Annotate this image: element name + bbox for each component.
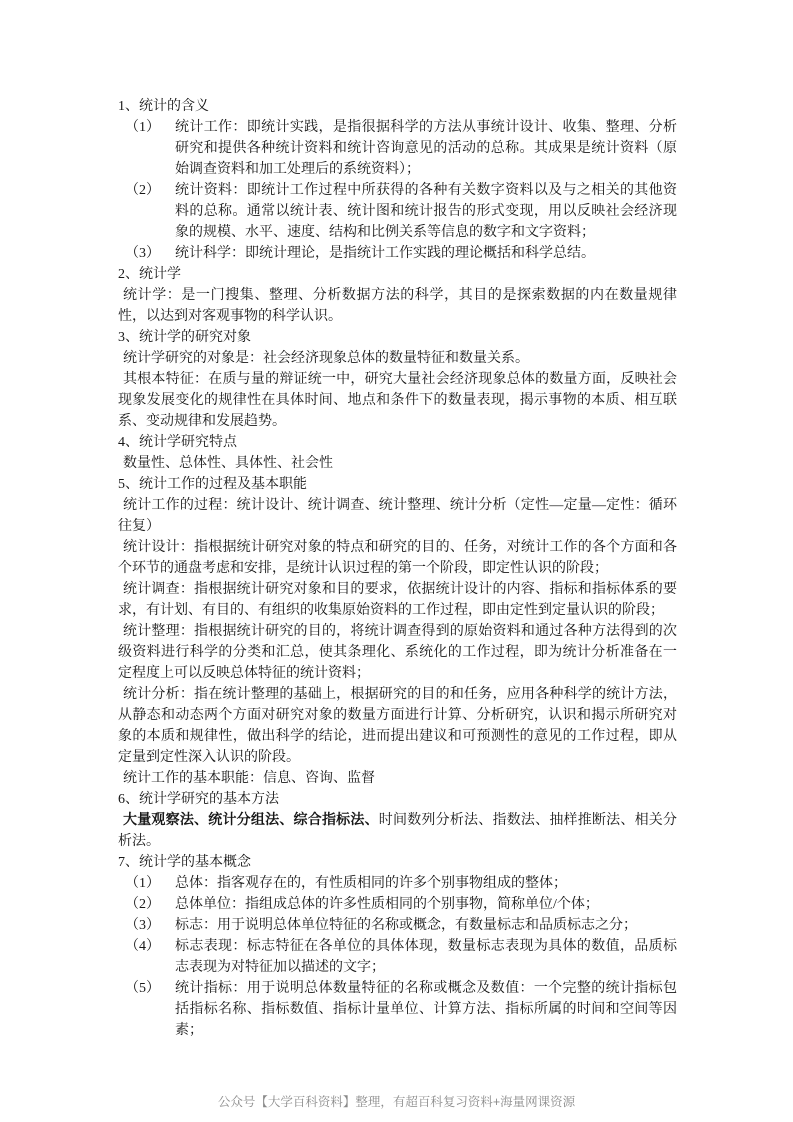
text-run: 大量观察法、统计分组法、综合指标法、 (123, 813, 379, 828)
paragraph: 大量观察法、统计分组法、综合指标法、时间数列分析法、指数法、抽样推断法、相关分析… (118, 810, 677, 852)
section-heading: 5、统计工作的过程及基本职能 (118, 474, 677, 495)
list-item: （5）统计指标：用于说明总体数量特征的名称或概念及数值：一个完整的统计指标包括指… (118, 978, 677, 1041)
text-run: 统计设计：指根据统计研究对象的特点和研究的目的、任务，对统计工作的各个方面和各个… (118, 540, 677, 576)
text-run: 统计工作的过程：统计设计、统计调查、统计整理、统计分析（定性—定量—定性：循环往… (118, 498, 677, 534)
text-run: 5、统计工作的过程及基本职能 (118, 477, 307, 492)
text-run: 3、统计学的研究对象 (118, 330, 251, 345)
text-run: 标志表现：标志特征在各单位的具体体现，数量标志表现为具体的数值，品质标志表现为对… (175, 939, 677, 975)
text-run: 统计整理：指根据统计研究的目的，将统计调查得到的原始资料和通过各种方法得到的次级… (118, 624, 677, 681)
paragraph: 统计工作的过程：统计设计、统计调查、统计整理、统计分析（定性—定量—定性：循环往… (118, 495, 677, 537)
section-heading: 2、统计学 (118, 264, 677, 285)
text-run: 1、统计的含义 (118, 99, 209, 114)
section-heading: 6、统计学研究的基本方法 (118, 789, 677, 810)
list-item: （2）统计资料：即统计工作过程中所获得的各种有关数字资料以及与之相关的其他资料的… (118, 180, 677, 243)
text-run: 数量性、总体性、具体性、社会性 (123, 456, 333, 471)
list-item: （1）总体：指客观存在的，有性质相同的许多个别事物组成的整体； (118, 873, 677, 894)
list-item-marker: （4） (125, 936, 160, 957)
section-heading: 1、统计的含义 (118, 96, 677, 117)
text-run: 统计分析：指在统计整理的基础上，根据研究的目的和任务，应用各种科学的统计方法，从… (118, 687, 677, 765)
text-run: 统计调查：指根据统计研究对象和目的要求，依据统计设计的内容、指标和指标体系的要求… (118, 582, 677, 618)
text-run: 标志：用于说明总体单位特征的名称或概念，有数量标志和品质标志之分； (175, 918, 637, 933)
list-item: （1）统计工作：即统计实践，是指很据科学的方法从事统计设计、收集、整理、分析研究… (118, 117, 677, 180)
section-heading: 3、统计学的研究对象 (118, 327, 677, 348)
section-heading: 7、统计学的基本概念 (118, 852, 677, 873)
text-run: 6、统计学研究的基本方法 (118, 792, 279, 807)
list-item-marker: （3） (125, 915, 160, 936)
text-run: 4、统计学研究特点 (118, 435, 237, 450)
text-run: 统计工作的基本职能：信息、咨询、监督 (123, 771, 375, 786)
text-run: 总体：指客观存在的，有性质相同的许多个别事物组成的整体； (175, 876, 567, 891)
text-run: 统计工作：即统计实践，是指很据科学的方法从事统计设计、收集、整理、分析研究和提供… (175, 120, 677, 177)
document-page: 1、统计的含义（1）统计工作：即统计实践，是指很据科学的方法从事统计设计、收集、… (0, 0, 793, 1122)
list-item-marker: （2） (125, 894, 160, 915)
list-item: （3）统计科学：即统计理论，是指统计工作实践的理论概括和科学总结。 (118, 243, 677, 264)
paragraph: 统计整理：指根据统计研究的目的，将统计调查得到的原始资料和通过各种方法得到的次级… (118, 621, 677, 684)
list-item-marker: （1） (125, 117, 160, 138)
footer-note: 公众号【大学百科资料】整理，有超百科复习资料+海量网课资源 (0, 1092, 793, 1110)
text-run: 统计学：是一门搜集、整理、分析数据方法的科学，其目的是探索数据的内在数量规律性，… (118, 288, 677, 324)
list-item-marker: （5） (125, 978, 160, 999)
paragraph: 统计调查：指根据统计研究对象和目的要求，依据统计设计的内容、指标和指标体系的要求… (118, 579, 677, 621)
list-item-marker: （1） (125, 873, 160, 894)
text-run: 统计学研究的对象是：社会经济现象总体的数量特征和数量关系。 (123, 351, 529, 366)
list-item-marker: （3） (125, 243, 160, 264)
list-item: （2）总体单位：指组成总体的许多性质相同的个别事物，简称单位/个体； (118, 894, 677, 915)
text-run: 统计资料：即统计工作过程中所获得的各种有关数字资料以及与之相关的其他资料的总称。… (175, 183, 677, 240)
document-content: 1、统计的含义（1）统计工作：即统计实践，是指很据科学的方法从事统计设计、收集、… (118, 96, 677, 1041)
text-run: 总体单位：指组成总体的许多性质相同的个别事物，简称单位/个体； (175, 897, 599, 912)
list-item-marker: （2） (125, 180, 160, 201)
text-run: 其根本特征：在质与量的辩证统一中，研究大量社会经济现象总体的数量方面，反映社会现… (118, 372, 677, 429)
paragraph: 统计学：是一门搜集、整理、分析数据方法的科学，其目的是探索数据的内在数量规律性，… (118, 285, 677, 327)
paragraph: 统计分析：指在统计整理的基础上，根据研究的目的和任务，应用各种科学的统计方法，从… (118, 684, 677, 768)
paragraph: 统计学研究的对象是：社会经济现象总体的数量特征和数量关系。 (118, 348, 677, 369)
text-run: 2、统计学 (118, 267, 181, 282)
paragraph: 统计设计：指根据统计研究对象的特点和研究的目的、任务，对统计工作的各个方面和各个… (118, 537, 677, 579)
list-item: （4）标志表现：标志特征在各单位的具体体现，数量标志表现为具体的数值，品质标志表… (118, 936, 677, 978)
text-run: 7、统计学的基本概念 (118, 855, 251, 870)
paragraph: 数量性、总体性、具体性、社会性 (118, 453, 677, 474)
section-heading: 4、统计学研究特点 (118, 432, 677, 453)
paragraph: 其根本特征：在质与量的辩证统一中，研究大量社会经济现象总体的数量方面，反映社会现… (118, 369, 677, 432)
paragraph: 统计工作的基本职能：信息、咨询、监督 (118, 768, 677, 789)
text-run: 统计指标：用于说明总体数量特征的名称或概念及数值：一个完整的统计指标包括指标名称… (175, 981, 677, 1038)
text-run: 统计科学：即统计理论，是指统计工作实践的理论概括和科学总结。 (175, 246, 595, 261)
list-item: （3）标志：用于说明总体单位特征的名称或概念，有数量标志和品质标志之分； (118, 915, 677, 936)
